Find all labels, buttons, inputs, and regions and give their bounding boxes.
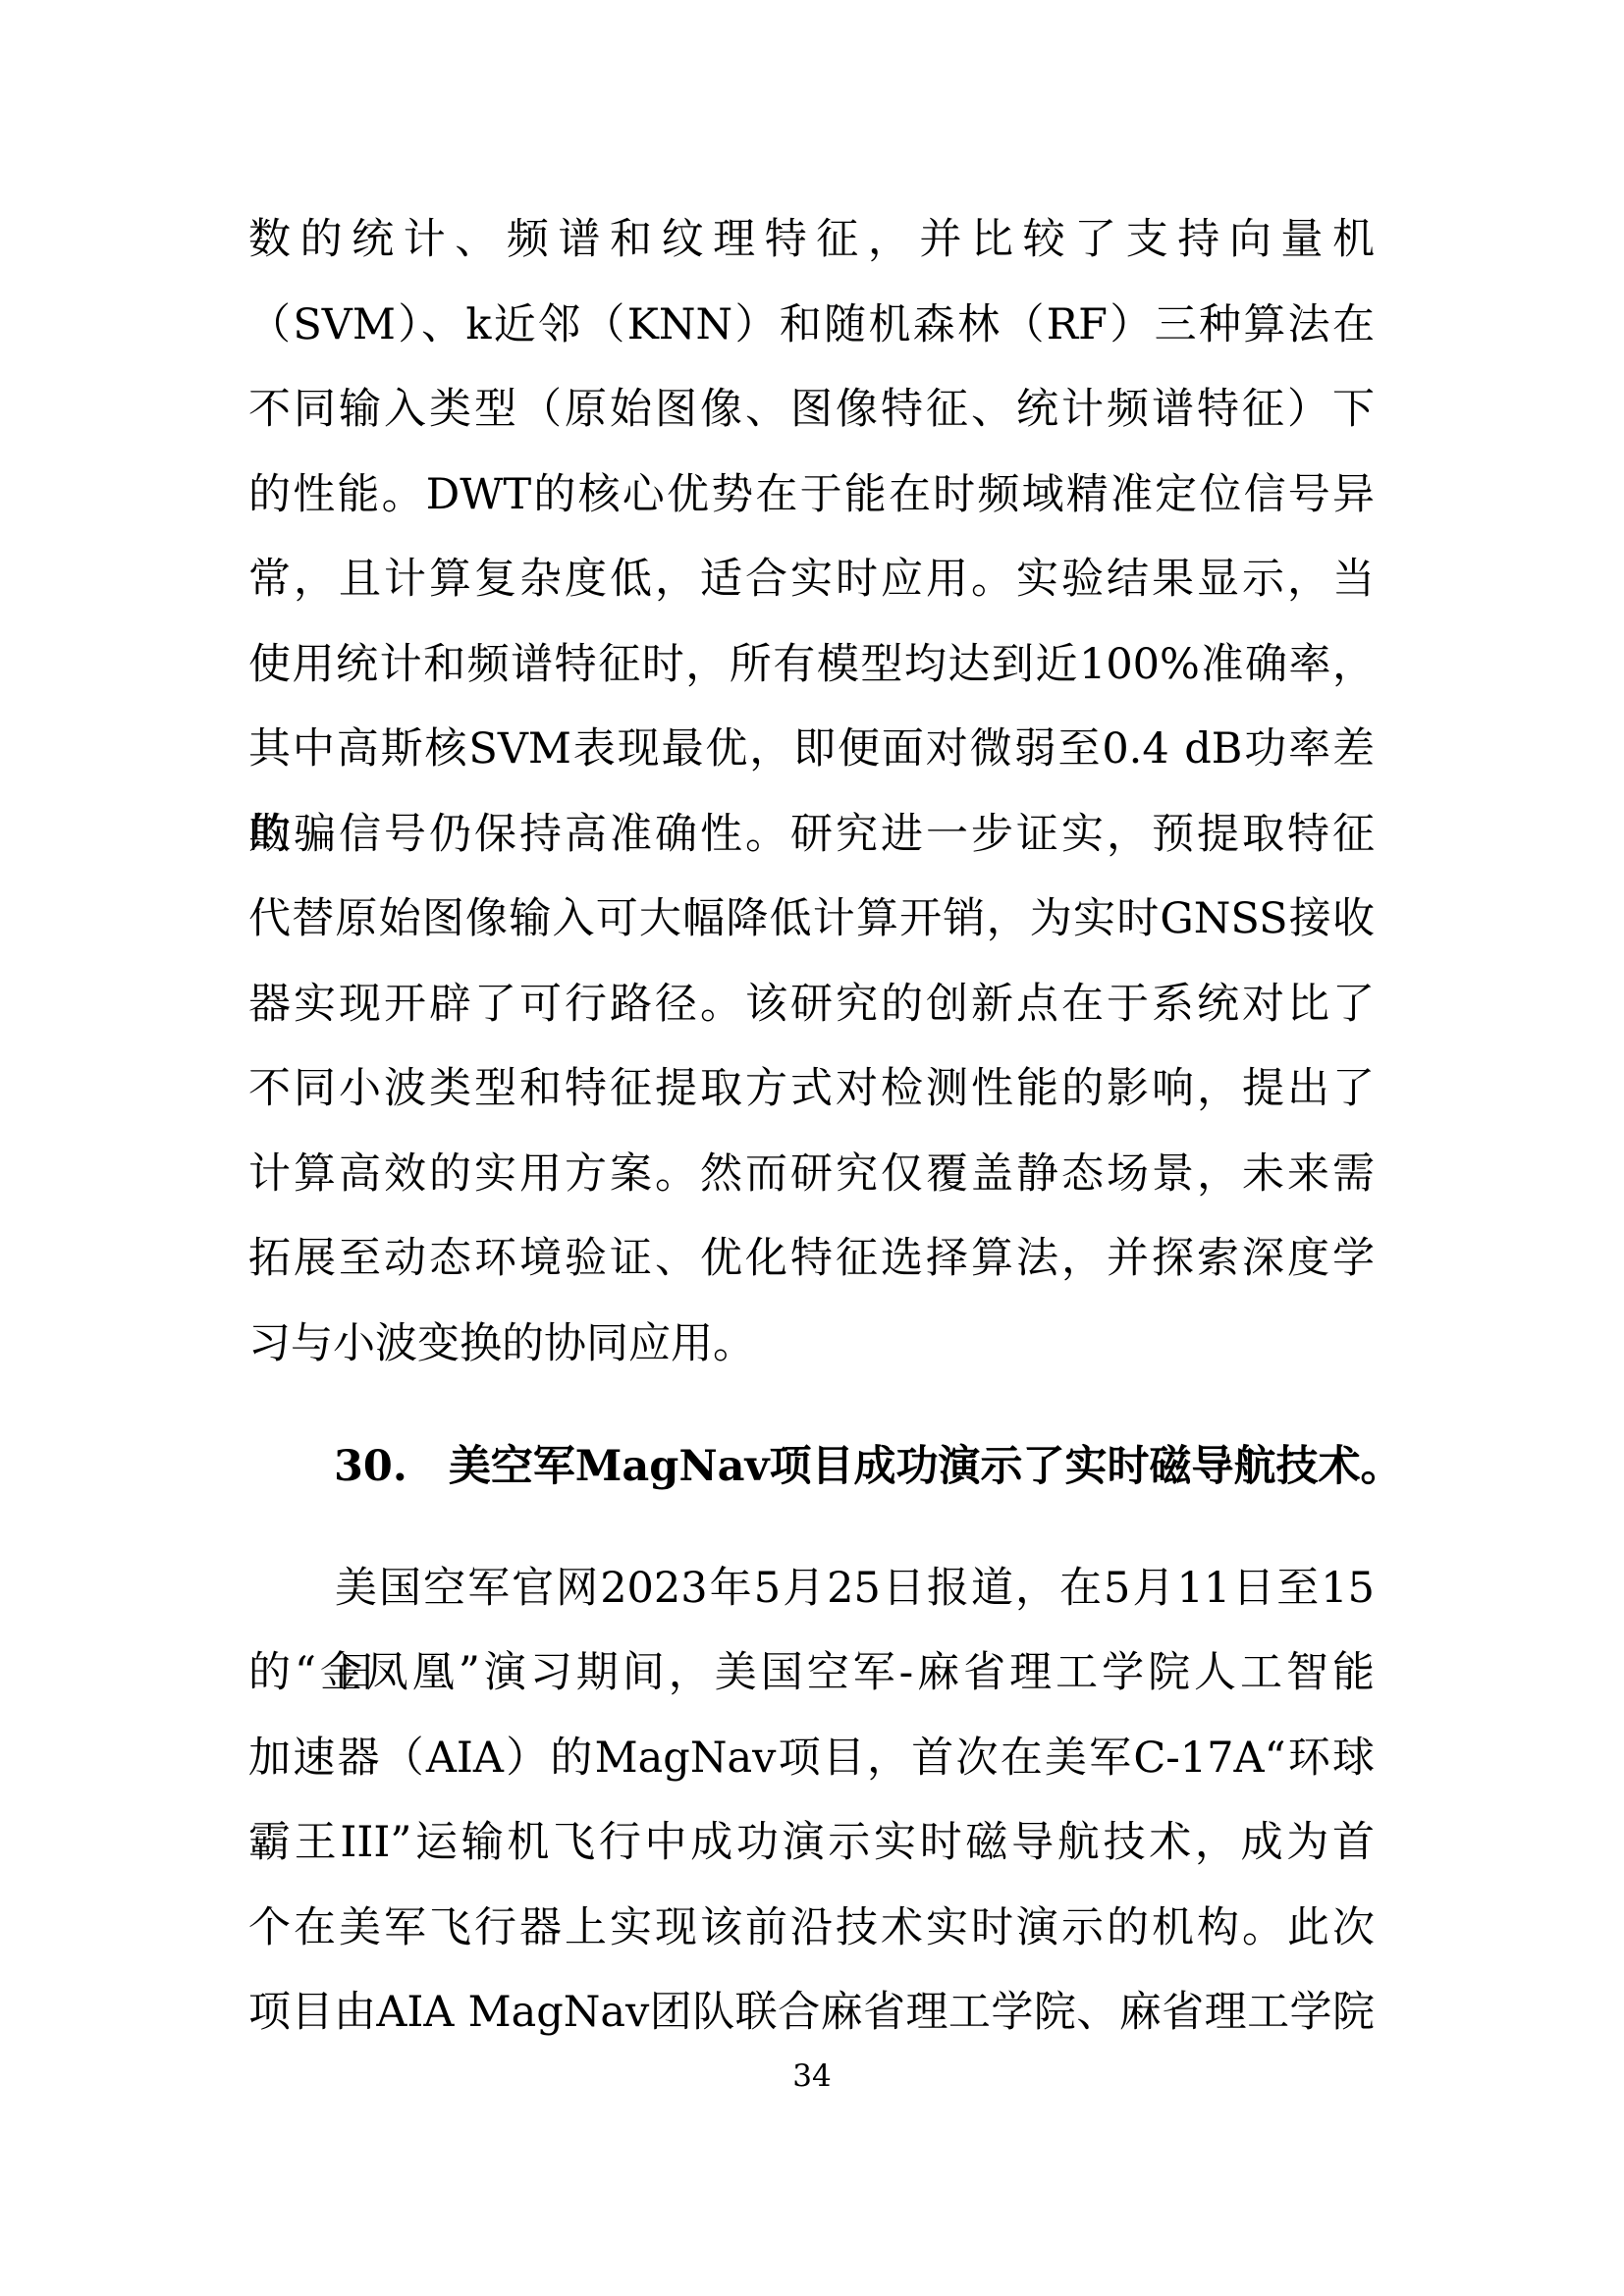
document-page: 数的统计、频谱和纹理特征，并比较了支持向量机 （SVM）、k近邻（KNN）和随机…	[0, 0, 1624, 2296]
text-line: 项目由AIA MagNav团队联合麻省理工学院、麻省理工学院	[248, 1970, 1375, 2056]
paragraph-continuation: 数的统计、频谱和纹理特征，并比较了支持向量机 （SVM）、k近邻（KNN）和随机…	[248, 197, 1375, 1386]
text-line: 的性能。DWT的核心优势在于能在时频域精准定位信号异	[248, 453, 1375, 538]
text-line: 计算高效的实用方案。然而研究仅覆盖静态场景，未来需	[248, 1132, 1375, 1217]
text-line: 不同输入类型（原始图像、图像特征、统计频谱特征）下	[248, 367, 1375, 453]
text-line: 使用统计和频谱特征时，所有模型均达到近100%准确率，	[248, 622, 1375, 708]
text-line: 常，且计算复杂度低，适合实时应用。实验结果显示，当	[248, 537, 1375, 622]
text-block: 数的统计、频谱和纹理特征，并比较了支持向量机 （SVM）、k近邻（KNN）和随机…	[248, 197, 1375, 2056]
text-line: （SVM）、k近邻（KNN）和随机森林（RF）三种算法在	[248, 283, 1375, 368]
text-line: 数的统计、频谱和纹理特征，并比较了支持向量机	[248, 197, 1375, 283]
text-line: 加速器（AIA）的MagNav项目，首次在美军C-17A“环球	[248, 1716, 1375, 1801]
text-line: 拓展至动态环境验证、优化特征选择算法，并探索深度学	[248, 1216, 1375, 1302]
section-number: 30.	[334, 1442, 407, 1491]
text-line: 美国空军官网2023年5月25日报道，在5月11日至15日	[248, 1546, 1375, 1631]
text-line: 其中高斯核SVM表现最优，即便面对微弱至0.4 dB功率差的	[248, 707, 1375, 792]
text-line: 习与小波变换的协同应用。	[248, 1302, 1375, 1387]
paragraph-body: 美国空军官网2023年5月25日报道，在5月11日至15日 的“金凤凰”演习期间…	[248, 1546, 1375, 2056]
text-line: 的“金凤凰”演习期间，美国空军-麻省理工学院人工智能	[248, 1630, 1375, 1716]
text-line: 器实现开辟了可行路径。该研究的创新点在于系统对比了	[248, 962, 1375, 1047]
text-line: 霸王III”运输机飞行中成功演示实时磁导航技术，成为首	[248, 1800, 1375, 1886]
page-number: 34	[0, 2056, 1624, 2097]
section-heading: 30.美空军MagNav项目成功演示了实时磁导航技术。	[248, 1424, 1375, 1510]
text-line: 个在美军飞行器上实现该前沿技术实时演示的机构。此次	[248, 1886, 1375, 1971]
text-line: 不同小波类型和特征提取方式对检测性能的影响，提出了	[248, 1046, 1375, 1132]
text-line: 欺骗信号仍保持高准确性。研究进一步证实，预提取特征	[248, 792, 1375, 878]
text-line: 代替原始图像输入可大幅降低计算开销，为实时GNSS接收	[248, 877, 1375, 962]
section-title: 美空军MagNav项目成功演示了实时磁导航技术。	[449, 1442, 1403, 1491]
